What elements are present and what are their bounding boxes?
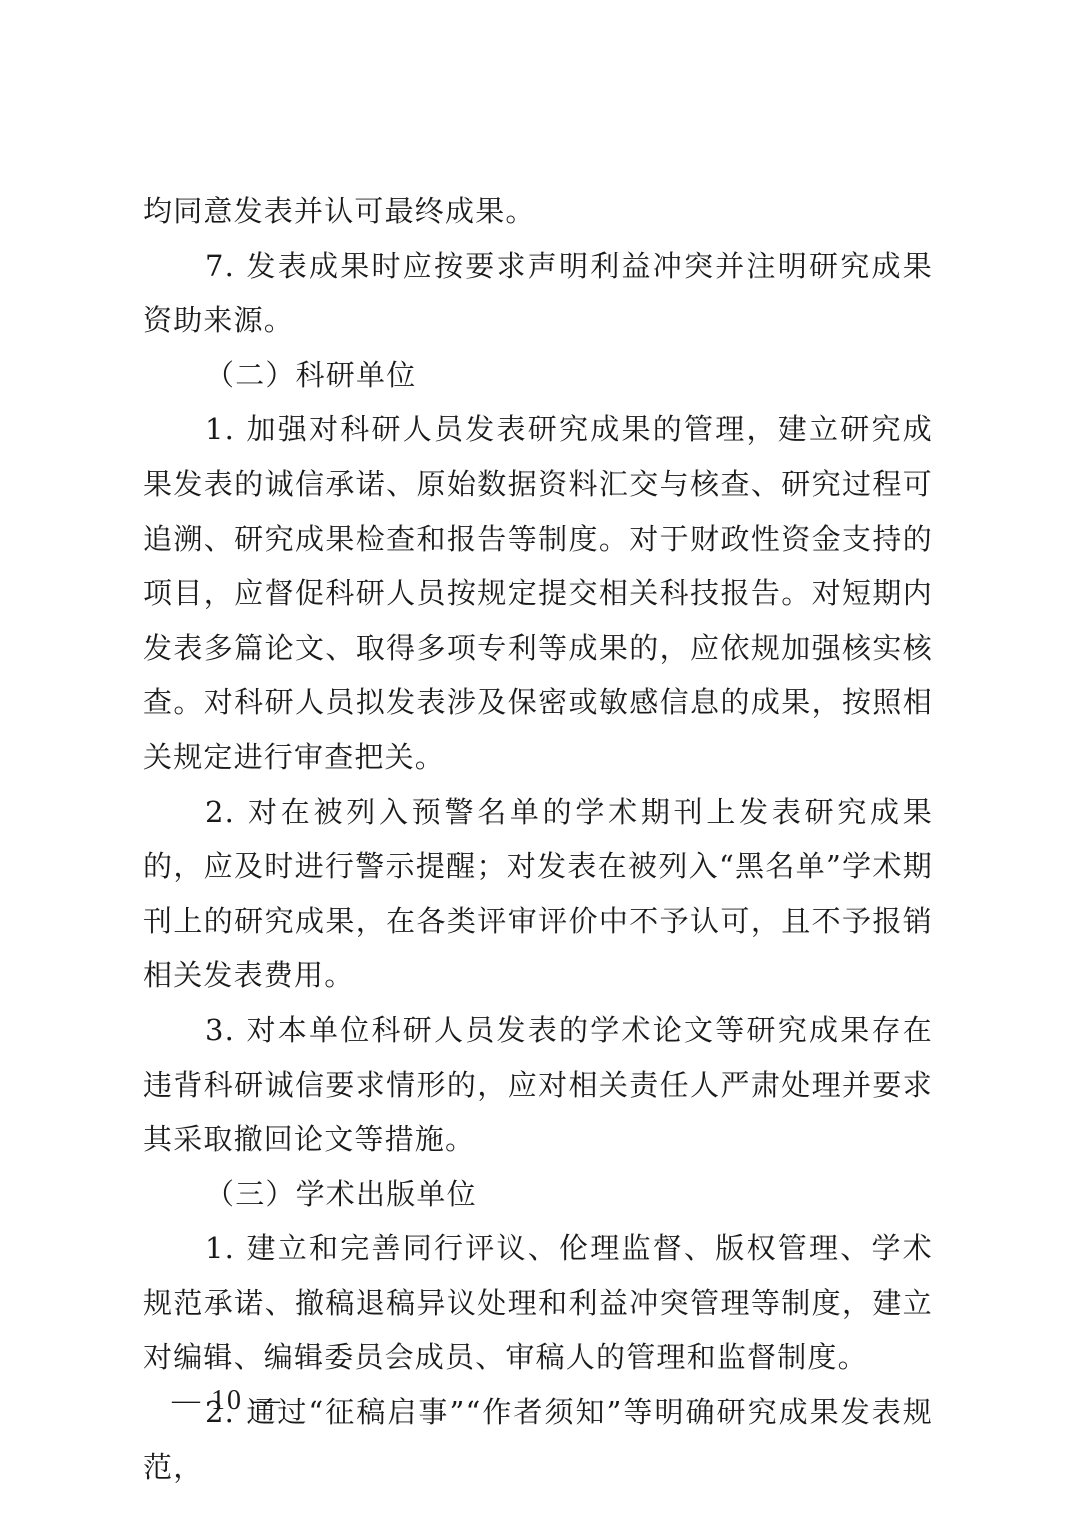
paragraph-item-7: 7. 发表成果时应按要求声明利益冲突并注明研究成果资助来源。 [143,239,933,348]
paragraph-research-units-item-3: 3. 对本单位科研人员发表的学术论文等研究成果存在违背科研诚信要求情形的，应对相… [143,1003,933,1167]
paragraph-continuation: 均同意发表并认可最终成果。 [143,184,933,239]
section-heading-research-units: （二）科研单位 [143,348,933,403]
paragraph-research-units-item-2: 2. 对在被列入预警名单的学术期刊上发表研究成果的，应及时进行警示提醒；对发表在… [143,785,933,1003]
document-page: 均同意发表并认可最终成果。 7. 发表成果时应按要求声明利益冲突并注明研究成果资… [143,184,933,1494]
section-heading-academic-publishers: （三）学术出版单位 [143,1167,933,1222]
paragraph-research-units-item-1: 1. 加强对科研人员发表研究成果的管理，建立研究成果发表的诚信承诺、原始数据资料… [143,402,933,784]
paragraph-publishers-item-1: 1. 建立和完善同行评议、伦理监督、版权管理、学术规范承诺、撤稿退稿异议处理和利… [143,1221,933,1385]
page-number: — 10 — [172,1385,282,1417]
